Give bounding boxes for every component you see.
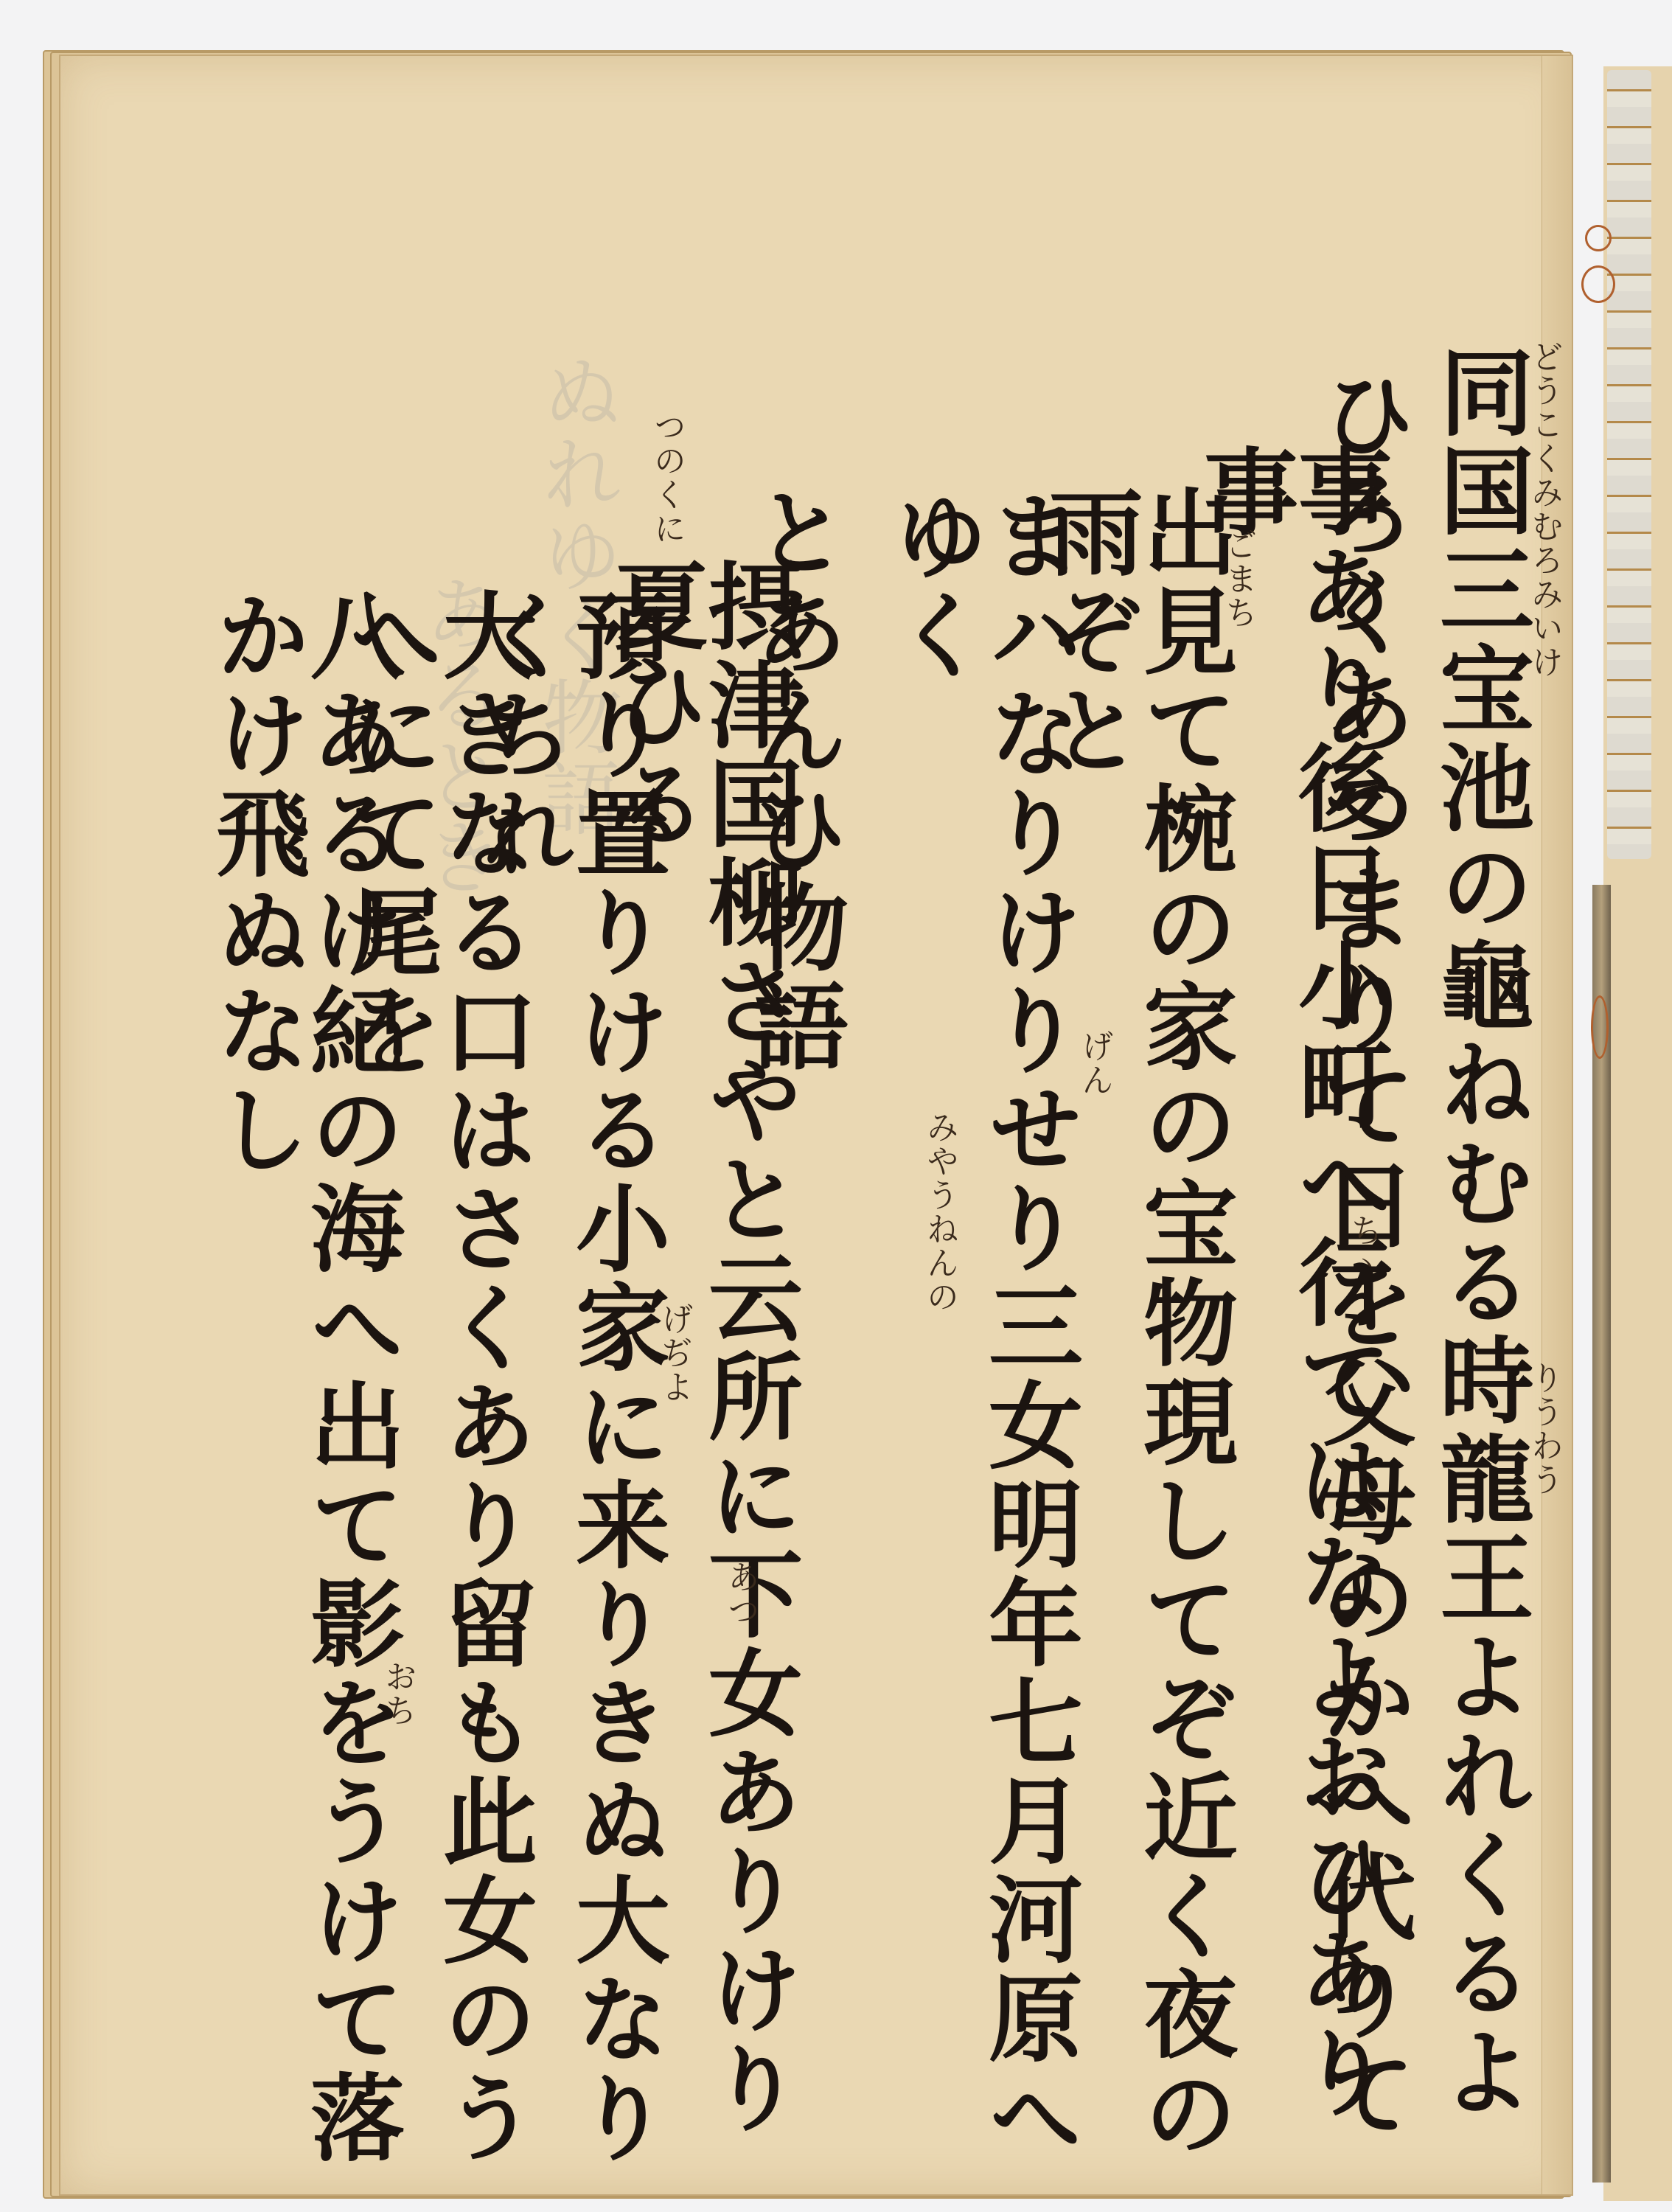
binding-thread-icon: [1591, 995, 1609, 1059]
binding-thread-icon: [1581, 265, 1615, 303]
spine-cloth-binding: [1607, 70, 1651, 859]
text-column-10: 八あるけ紀の海へ出て影をうけて落かけ飛ぬなし: [208, 587, 397, 2194]
text-column-1: 同国三宝池の龜ねむる時龍王よれくるよ: [1432, 344, 1526, 2122]
furigana: どうこくみむろみいけ: [1528, 340, 1560, 679]
text-column-5: まハなりけりせり三女明年七月河原へゆく: [886, 487, 1075, 2194]
furigana: つのくに: [650, 410, 683, 546]
binding-thread-icon: [1585, 225, 1612, 251]
furigana: あつ: [724, 1560, 756, 1628]
spine-gutter: [1592, 885, 1611, 2183]
furigana: おち: [381, 1660, 414, 1728]
furigana: りうわう: [1528, 1361, 1560, 1497]
furigana: みやうねんの: [923, 1110, 955, 1314]
manuscript-page: ぬれゆく物語 あるとき 同国三宝池の龜ねむる時龍王よれくるよ どうこくみむろみい…: [59, 55, 1573, 2196]
